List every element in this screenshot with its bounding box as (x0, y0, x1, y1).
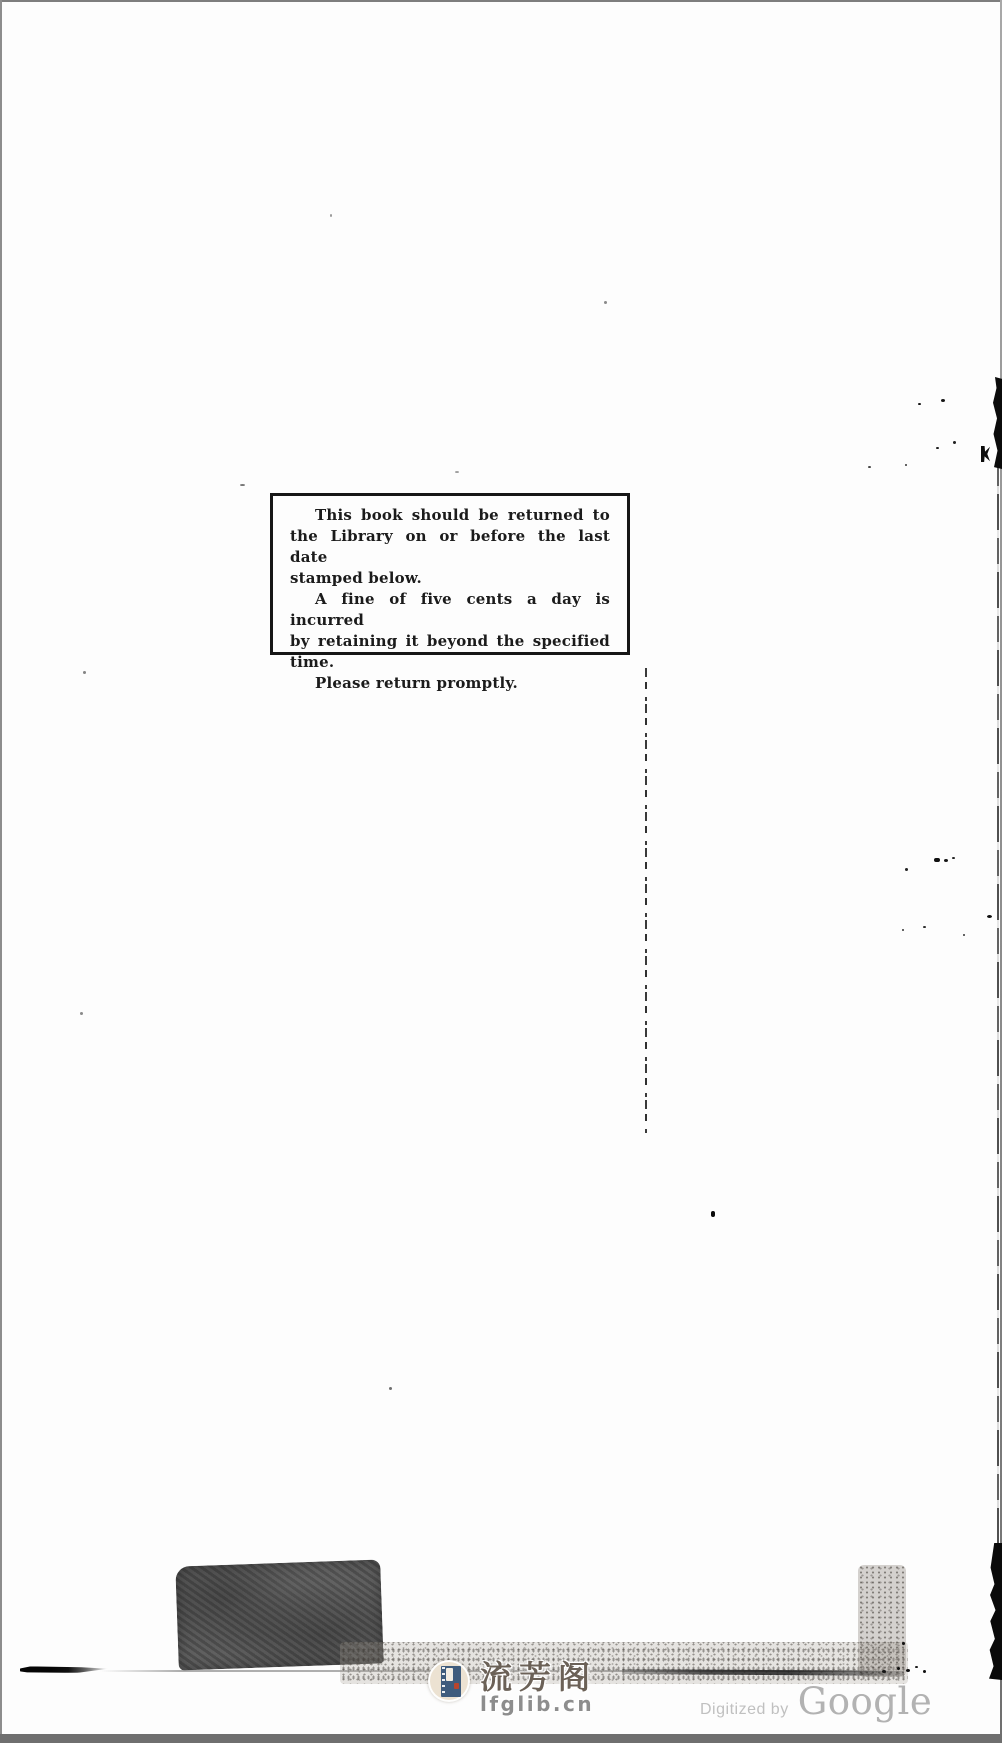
book-logo-icon (428, 1660, 470, 1702)
stamp-line: by retaining it beyond the specified (290, 631, 610, 652)
speck (918, 403, 921, 405)
watermark-title: 流芳阁 (480, 1660, 597, 1694)
speck (934, 858, 940, 862)
document-page: This book should be returned to the Libr… (0, 0, 1002, 1743)
stamp-line: the Library on or before the last date (290, 526, 610, 568)
digitized-by-credit: Digitized by Google (700, 1680, 932, 1723)
speck (711, 1211, 715, 1217)
site-watermark: 流芳阁 lfglib.cn (428, 1660, 597, 1716)
speck (987, 915, 992, 918)
stamp-line: time. (290, 652, 610, 673)
book-title-label (446, 1668, 453, 1681)
speck (923, 926, 926, 928)
noise-blob (858, 1565, 906, 1677)
speck (389, 1387, 392, 1390)
watermark-domain: lfglib.cn (480, 1692, 597, 1716)
scan-edge-top (0, 0, 1002, 2)
right-ink-blob (989, 1543, 1002, 1680)
digitized-by-label: Digitized by (700, 1701, 789, 1719)
speck (604, 301, 607, 304)
speck (915, 1666, 918, 1668)
speck (936, 447, 939, 449)
speck (906, 1669, 910, 1672)
speck (923, 1670, 926, 1673)
right-gutter-line (997, 460, 999, 1550)
speck (902, 1642, 905, 1645)
speck (902, 929, 904, 931)
right-ink-blob (992, 377, 1002, 469)
speck (80, 1012, 83, 1015)
speck (963, 934, 965, 936)
speck (83, 671, 86, 674)
speck (952, 857, 955, 859)
stamp-line: A fine of five cents a day is incurred (290, 589, 610, 631)
speck (941, 399, 945, 402)
speck (240, 484, 245, 486)
speck (330, 214, 332, 217)
speck (455, 471, 459, 473)
scan-edge-left (0, 0, 2, 1743)
speck (905, 868, 908, 871)
stamp-line: stamped below. (290, 568, 610, 589)
speck (905, 464, 907, 466)
book-red-seal (454, 1683, 459, 1689)
noise-band (340, 1642, 908, 1684)
speck (897, 1667, 900, 1670)
google-wordmark: Google (798, 1680, 933, 1723)
stamp-line: Please return promptly. (290, 673, 610, 694)
vertical-dashed-line (645, 668, 647, 1133)
speck (882, 1670, 886, 1673)
book-binding-stitches (442, 1667, 445, 1696)
speck (944, 859, 948, 862)
library-stamp-box: This book should be returned to the Libr… (270, 493, 630, 655)
ink-smear (20, 1666, 108, 1674)
stamp-line: This book should be returned to (290, 505, 610, 526)
right-ink-blob (981, 446, 990, 462)
book-cover (441, 1666, 461, 1697)
scan-edge-bottom (0, 1734, 1002, 1743)
speck (868, 466, 871, 468)
speck (953, 441, 956, 444)
